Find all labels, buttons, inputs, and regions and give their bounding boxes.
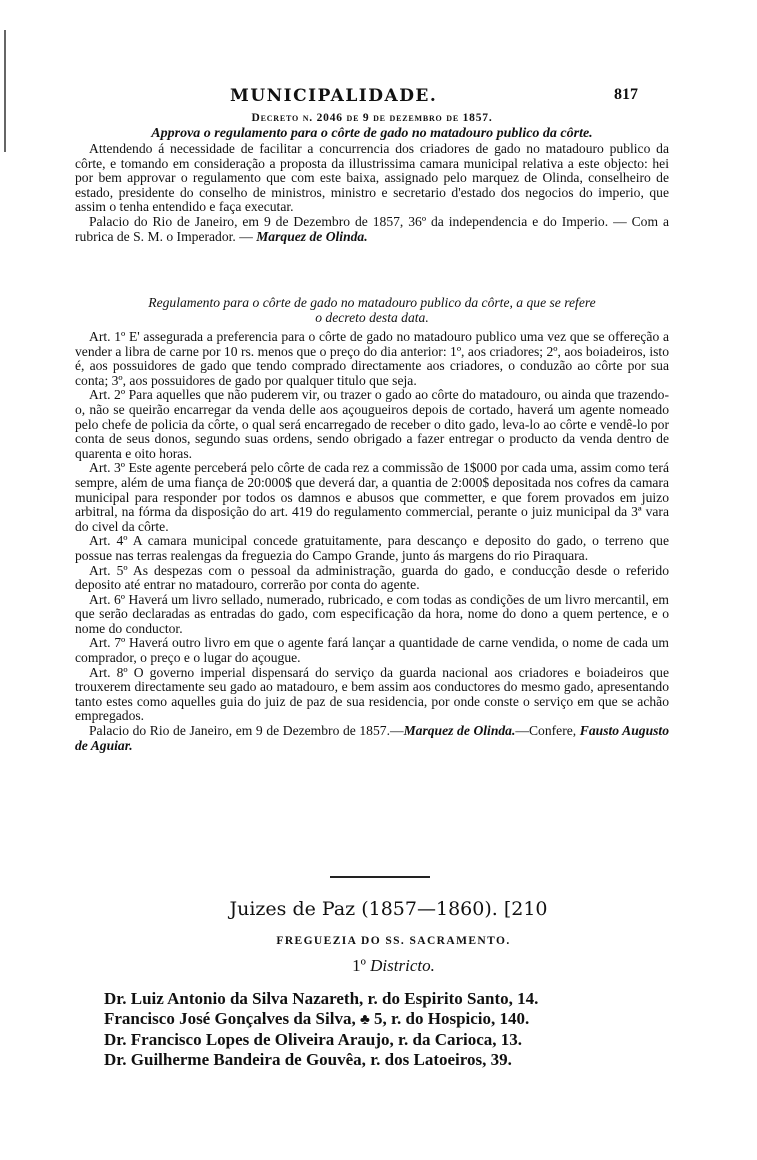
order-insignia-icon: ♣ (360, 1011, 370, 1031)
judge-entry: Francisco José Gonçalves da Silva, ♣ 5, … (104, 1009, 664, 1031)
decree-subtitle: Approva o regulamento para o côrte de ga… (75, 126, 669, 142)
article: Art. 5º As despezas com o pessoal da adm… (75, 564, 669, 593)
page-number: 817 (614, 86, 638, 104)
article: Art. 2º Para aquelles que não puderem vi… (75, 388, 669, 461)
decree-signature: Palacio do Rio de Janeiro, em 9 de Dezem… (75, 215, 669, 244)
regulation-title: Regulamento para o côrte de gado no mata… (75, 296, 669, 325)
judge-entry: Dr. Luiz Antonio da Silva Nazareth, r. d… (104, 989, 664, 1009)
judge-entry: Dr. Francisco Lopes de Oliveira Araujo, … (104, 1030, 664, 1050)
article: Art. 8º O governo imperial dispensará do… (75, 666, 669, 724)
judges-list: Dr. Luiz Antonio da Silva Nazareth, r. d… (104, 989, 664, 1069)
article: Art. 7º Haverá outro livro em que o agen… (75, 636, 669, 665)
article: Art. 6º Haverá um livro sellado, numerad… (75, 593, 669, 637)
district-heading: 1º Districto. (0, 956, 757, 976)
decree-title: Decreto n. 2046 de 9 de dezembro de 1857… (75, 112, 669, 124)
decree-body: Attendendo á necessidade de facilitar a … (75, 142, 669, 244)
article: Art. 1º E' assegurada a preferencia para… (75, 330, 669, 388)
regulation-closing: Palacio do Rio de Janeiro, em 9 de Dezem… (75, 724, 669, 753)
running-head: MUNICIPALIDADE. 817 (0, 86, 757, 110)
regulation-articles: Art. 1º E' assegurada a preferencia para… (75, 330, 669, 753)
running-title: MUNICIPALIDADE. (230, 86, 437, 106)
article: Art. 3º Este agente perceberá pelo côrte… (75, 461, 669, 534)
judge-entry: Dr. Guilherme Bandeira de Gouvêa, r. dos… (104, 1050, 664, 1070)
article: Art. 4º A camara municipal concede gratu… (75, 534, 669, 563)
juizes-heading: Juizes de Paz (1857—1860). [210 (0, 898, 757, 920)
decree-preamble: Attendendo á necessidade de facilitar a … (75, 142, 669, 215)
section-divider (330, 876, 430, 878)
parish-heading: FREGUEZIA DO SS. SACRAMENTO. (0, 935, 757, 947)
signature-name: Marquez de Olinda. (256, 229, 367, 244)
scanned-page: MUNICIPALIDADE. 817 Decreto n. 2046 de 9… (0, 0, 757, 1160)
